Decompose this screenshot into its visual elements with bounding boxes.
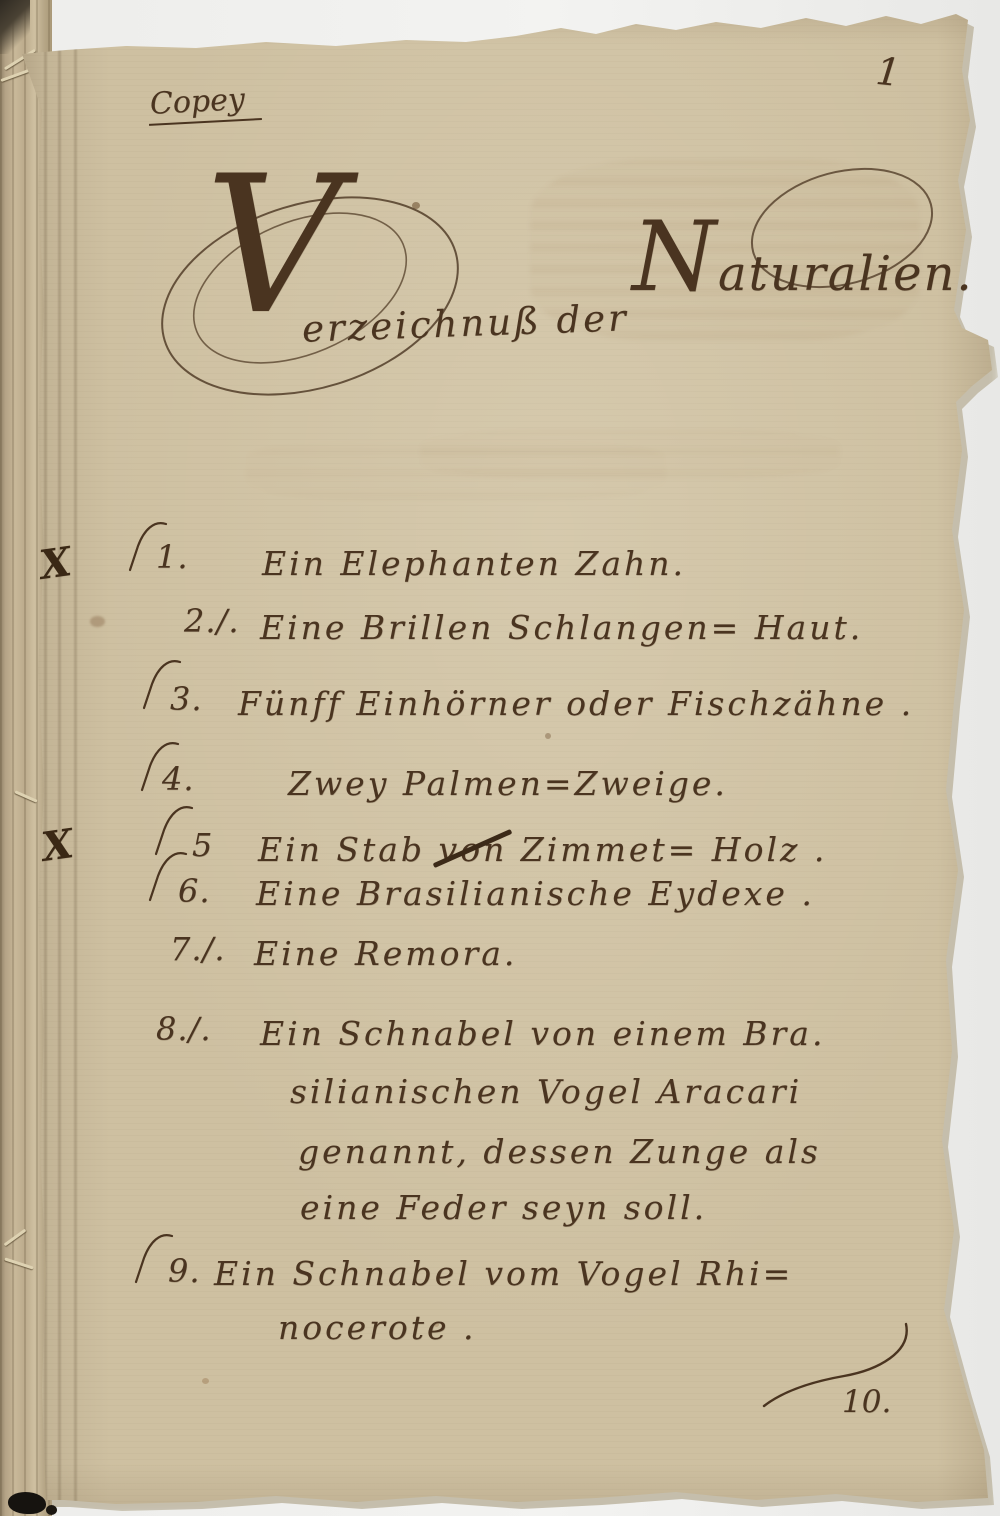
item-text: Ein Elephanten Zahn. xyxy=(262,544,686,583)
item-text: Fünff Einhörner oder Fischzähne . xyxy=(238,684,914,723)
binding-thread xyxy=(4,1229,27,1247)
page-number: 1 xyxy=(874,49,903,95)
item-number: 5 xyxy=(192,826,213,864)
catchword-flourish xyxy=(756,1318,920,1410)
stain xyxy=(90,616,105,627)
stain xyxy=(545,733,551,739)
item-text: genannt, dessen Zunge als xyxy=(298,1132,821,1171)
copy-annotation: Copey xyxy=(147,81,262,126)
margin-cross-mark: X xyxy=(37,538,74,589)
ink-show-through xyxy=(246,440,666,500)
board-corner-bottom-left-spot xyxy=(46,1505,57,1515)
margin-cross-mark: X xyxy=(39,820,76,871)
item-text: Eine Remora. xyxy=(254,934,517,973)
item-text: nocerote . xyxy=(278,1308,477,1347)
binding-thread xyxy=(4,1257,33,1269)
item-text: silianischen Vogel Aracari xyxy=(290,1072,802,1111)
item-number: 8./. xyxy=(156,1010,211,1048)
item-number: 3. xyxy=(170,680,203,718)
item-text: Ein Schnabel von einem Bra. xyxy=(260,1014,825,1053)
title-main-initial: N xyxy=(632,201,718,313)
item-number: 7./. xyxy=(170,930,225,968)
item-number: 1. xyxy=(156,538,189,576)
paper-crease xyxy=(74,40,77,1508)
title-main-word: Naturalien. xyxy=(632,246,974,302)
item-text: Eine Brillen Schlangen= Haut. xyxy=(260,608,863,647)
item-text: Ein Schnabel vom Vogel Rhi= xyxy=(214,1254,793,1293)
catchword: 10. xyxy=(842,1384,891,1420)
binding-thread xyxy=(0,69,29,82)
manuscript-scan: Copey 1 V erzeichnuß der Naturalien. X 1… xyxy=(0,0,1000,1516)
binding-thread xyxy=(14,790,37,803)
board-corner-bottom-left xyxy=(8,1492,46,1514)
paper-crease xyxy=(58,40,61,1508)
item-number: 2./. xyxy=(184,602,239,640)
item-text-part: Ein Stab xyxy=(258,830,439,869)
struck-out-word: von xyxy=(439,830,508,869)
item-text: Zwey Palmen=Zweige. xyxy=(288,764,728,803)
foxing-spot xyxy=(202,1378,209,1384)
title-drop-cap: V xyxy=(205,160,342,331)
item-number: 4. xyxy=(162,760,195,798)
title-main-rest: aturalien. xyxy=(718,246,974,302)
item-text: eine Feder seyn soll. xyxy=(300,1188,707,1227)
item-text: Eine Brasilianische Eydexe . xyxy=(256,874,815,913)
item-text-part: Zimmet= Holz . xyxy=(507,830,827,869)
item-number: 9. xyxy=(168,1252,201,1290)
item-text: Ein Stab von Zimmet= Holz . xyxy=(258,830,827,869)
board-corner-top-left xyxy=(0,0,30,54)
item-number: 6. xyxy=(178,872,211,910)
